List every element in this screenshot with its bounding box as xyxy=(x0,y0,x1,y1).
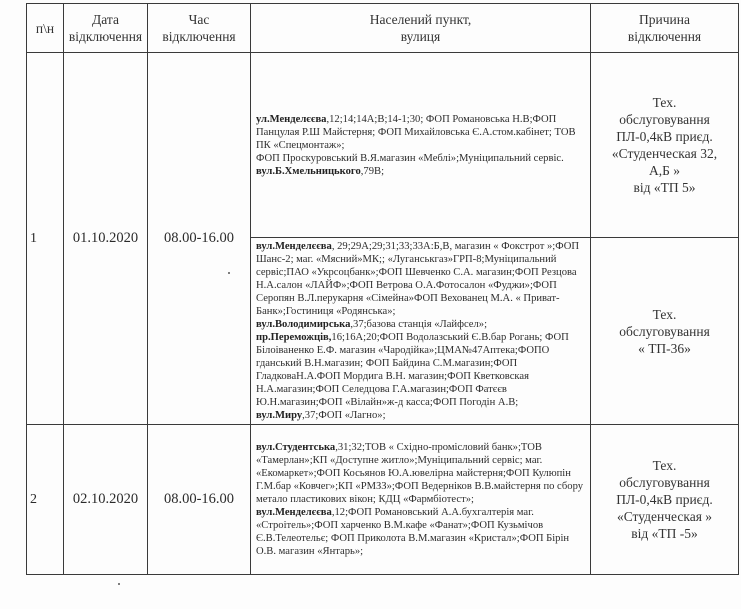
street-name: вул.Б.Хмельницького xyxy=(256,166,361,177)
address-cell: вул.Студентська,31;32;ТОВ « Східно-промі… xyxy=(251,425,591,575)
scan-speck xyxy=(228,272,230,274)
street-name: вул.Студентська xyxy=(256,442,335,453)
reason-line: Тех. xyxy=(591,94,738,111)
table-row: 1 01.10.2020 08.00-16.00 ул.Менделєєва,1… xyxy=(27,53,739,238)
row-time: 08.00-16.00 xyxy=(148,53,251,425)
table-row: 2 02.10.2020 08.00-16.00 вул.Студентська… xyxy=(27,425,739,575)
street-name: вул.Менделєєва xyxy=(256,507,332,518)
reason-line: «Студенческая » xyxy=(591,508,738,525)
address-line: вул.Б.Хмельницького,79В; xyxy=(256,165,586,178)
street-name: вул.Миру xyxy=(256,410,302,421)
reason-cell: Тех.обслуговуванняПЛ-0,4кВ приєд.«Студен… xyxy=(591,53,739,238)
reason-cell: Тех.обслуговування« ТП-36» xyxy=(591,238,739,425)
street-name: вул.Менделєєва xyxy=(256,241,332,252)
outage-schedule-table: п\н Дата відключення Час відключення Нас… xyxy=(26,3,739,575)
address-line: вул.Миру,37;ФОП «Лагно»; xyxy=(256,409,586,422)
scan-speck xyxy=(118,583,120,585)
reason-line: Тех. xyxy=(591,306,738,323)
reason-line: обслуговування xyxy=(591,111,738,128)
address-line: ул.Менделєєва,12;14;14А;В;14-1;30; ФОП Р… xyxy=(256,113,586,152)
document-page: п\н Дата відключення Час відключення Нас… xyxy=(0,0,741,609)
reason-line: обслуговування xyxy=(591,323,738,340)
address-cell: ул.Менделєєва,12;14;14А;В;14-1;30; ФОП Р… xyxy=(251,53,591,238)
address-line: вул.Студентська,31;32;ТОВ « Східно-промі… xyxy=(256,441,586,506)
reason-cell: Тех.обслуговуванняПЛ-0,4кВ приєд.«Студен… xyxy=(591,425,739,575)
reason-line: ПЛ-0,4кВ приєд. xyxy=(591,491,738,508)
reason-line: обслуговування xyxy=(591,474,738,491)
header-date: Дата відключення xyxy=(64,4,148,53)
street-name: вул.Володимирська xyxy=(256,319,350,330)
header-reason: Причина відключення xyxy=(591,4,739,53)
address-line: вул.Менделєєва,12;ФОП Романовський А.А.б… xyxy=(256,506,586,558)
row-time: 08.00-16.00 xyxy=(148,425,251,575)
reason-line: А,Б » xyxy=(591,162,738,179)
reason-line: ПЛ-0,4кВ приєд. xyxy=(591,128,738,145)
street-name: ул.Менделєєва xyxy=(256,114,326,125)
street-name: пр.Переможців, xyxy=(256,332,331,343)
address-line: пр.Переможців,16;16А;20;ФОП Водолазський… xyxy=(256,331,586,409)
row-number: 2 xyxy=(27,425,64,575)
reason-line: від «ТП 5» xyxy=(591,179,738,196)
row-date: 02.10.2020 xyxy=(64,425,148,575)
header-location: Населений пункт, вулиця xyxy=(251,4,591,53)
reason-line: « ТП-36» xyxy=(591,340,738,357)
address-line: ФОП Проскуровський В.Я.магазин «Меблі»;М… xyxy=(256,152,586,165)
reason-line: «Студенческая 32, xyxy=(591,145,738,162)
header-time: Час відключення xyxy=(148,4,251,53)
reason-line: Тех. xyxy=(591,457,738,474)
row-date: 01.10.2020 xyxy=(64,53,148,425)
reason-line: від «ТП -5» xyxy=(591,525,738,542)
table-header-row: п\н Дата відключення Час відключення Нас… xyxy=(27,4,739,53)
address-line: вул.Володимирська,37;базова станція «Лай… xyxy=(256,318,586,331)
header-number: п\н xyxy=(27,4,64,53)
row-number: 1 xyxy=(27,53,64,425)
address-line: вул.Менделєєва, 29;29А;29;31;33;33А:Б,В,… xyxy=(256,240,586,318)
address-cell: вул.Менделєєва, 29;29А;29;31;33;33А:Б,В,… xyxy=(251,238,591,425)
